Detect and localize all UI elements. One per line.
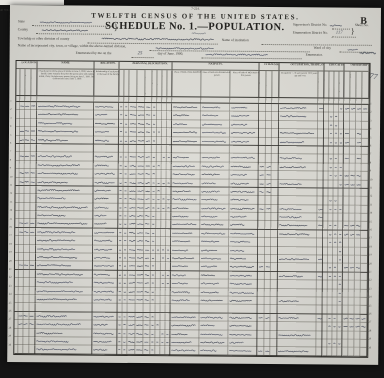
cell-birthplace_father	[200, 280, 229, 289]
handwriting-stroke	[125, 121, 128, 127]
handwriting-stroke	[231, 130, 256, 136]
col-header-label: Mother of how many children.	[162, 70, 163, 96]
handwriting-stroke	[129, 280, 135, 286]
handwriting-stroke	[328, 340, 331, 346]
handwriting-stroke	[267, 164, 271, 170]
handwriting-stroke	[230, 273, 253, 279]
cell-age	[144, 304, 151, 312]
handwriting-stroke	[130, 121, 136, 127]
handwriting-stroke	[37, 313, 68, 319]
cell-birthplace_mother	[229, 246, 258, 255]
handwriting-stroke	[260, 172, 265, 178]
handwriting-stroke	[167, 280, 170, 286]
cell-birthplace_father	[201, 112, 230, 121]
cell-birthplace_father	[199, 338, 228, 347]
cell-birthplace_mother	[230, 179, 259, 188]
handwriting-stroke	[94, 246, 114, 252]
cell-birthplace_mother	[229, 255, 258, 264]
column-number: 19	[279, 98, 318, 103]
cell-age	[145, 153, 152, 161]
handwriting-stroke	[30, 229, 35, 235]
handwriting-stroke	[231, 172, 248, 178]
group-header-label: CITIZENSHIP.	[264, 63, 274, 66]
handwriting-stroke	[172, 205, 189, 211]
handwriting-stroke	[146, 104, 150, 110]
handwriting-stroke	[37, 288, 84, 294]
handwriting-stroke	[339, 240, 342, 246]
handwriting-stroke	[280, 105, 307, 111]
handwriting-stroke	[128, 339, 134, 345]
cell-birthplace_father	[201, 179, 230, 188]
handwriting-stroke	[266, 206, 270, 212]
cell-naturalization	[272, 180, 279, 188]
handwriting-stroke	[119, 297, 122, 303]
line-number-left: 7	[10, 150, 11, 153]
cell-farm_schedule	[362, 147, 369, 155]
handwriting-stroke	[146, 129, 150, 135]
line-number-left: 29	[8, 335, 11, 338]
cell-dob_month	[128, 313, 136, 321]
handwriting-stroke	[259, 206, 264, 212]
handwriting-stroke	[202, 130, 227, 136]
cell-farm_schedule	[362, 113, 369, 121]
handwriting-stroke	[38, 128, 79, 134]
cell-occupation	[278, 238, 317, 247]
handwriting-stroke	[230, 314, 252, 320]
handwriting-stroke	[339, 299, 342, 305]
handwriting-stroke	[94, 280, 116, 286]
group-header-label: RELATION.	[101, 62, 113, 65]
handwriting-stroke	[145, 255, 149, 261]
handwriting-stroke	[153, 129, 156, 135]
cell-birthplace_father	[200, 296, 229, 305]
township-label: Township or other division of county	[18, 37, 70, 41]
cell-farm_schedule	[362, 189, 369, 197]
handwriting-stroke	[162, 280, 165, 286]
handwriting-stroke	[266, 315, 270, 321]
cell-relation	[94, 119, 119, 128]
line-number-left: 4	[10, 125, 11, 128]
handwriting-stroke	[137, 263, 143, 269]
handwriting-stroke	[129, 263, 135, 269]
cell-birthplace_person	[171, 212, 200, 221]
col-header-birthplace_mother: Place of birth of MOTHER of this person.	[230, 71, 259, 97]
cell-dob_year	[135, 338, 143, 346]
col-header-label: Months not employed.	[318, 75, 319, 98]
cell-birthplace_mother	[230, 154, 259, 163]
handwriting-stroke	[330, 122, 333, 128]
handwriting-stroke	[267, 172, 271, 178]
handwriting-stroke	[202, 105, 221, 111]
cell-occupation	[278, 272, 317, 281]
group-header-8: OWNERSHIP OF HOME.	[344, 64, 369, 72]
handwriting-stroke	[229, 323, 251, 329]
cell-birthplace_person	[171, 221, 200, 230]
line-number-right: 14	[369, 212, 372, 215]
line-number-left: 18	[9, 243, 12, 246]
handwriting-stroke	[329, 273, 332, 279]
cell-dob_month	[128, 212, 136, 220]
col-header-label: Naturalization.	[272, 82, 273, 97]
cell-birthplace_father	[201, 154, 230, 163]
handwriting-stroke	[152, 230, 155, 236]
handwriting-stroke	[167, 255, 170, 261]
cell-naturalization	[272, 154, 279, 162]
cell-birthplace_mother	[229, 313, 258, 322]
cell-birthplace_mother	[229, 263, 258, 272]
line-number-right: 8	[370, 162, 371, 165]
handwriting-stroke	[162, 205, 165, 211]
handwriting-stroke	[152, 247, 155, 253]
handwriting-stroke	[362, 316, 367, 322]
handwriting-stroke	[123, 339, 126, 345]
cell-naturalization	[271, 255, 278, 263]
handwriting-stroke	[201, 264, 217, 270]
cell-birthplace_person	[171, 263, 200, 272]
cell-immigration_year	[258, 196, 265, 204]
handwriting-stroke	[37, 212, 65, 218]
handwriting-stroke	[348, 47, 358, 53]
handwriting-stroke	[200, 339, 225, 345]
handwriting-stroke	[145, 280, 149, 286]
handwriting-stroke	[136, 331, 142, 337]
line-number-right: 2	[370, 111, 371, 114]
handwriting-stroke	[279, 206, 302, 212]
handwriting-stroke	[38, 187, 81, 193]
cell-birthplace_father	[201, 120, 230, 129]
col-header-label: Number of years married.	[157, 70, 158, 96]
handwriting-stroke	[119, 205, 122, 211]
cell-birthplace_mother	[229, 204, 258, 213]
handwriting-stroke	[151, 347, 154, 353]
cell-age	[144, 262, 151, 270]
cell-age	[145, 137, 152, 145]
handwriting-stroke	[30, 221, 35, 227]
cell-dob_year	[137, 170, 145, 178]
cell-age	[144, 204, 151, 212]
cell-age	[144, 313, 151, 321]
cell-birthplace_mother	[228, 339, 257, 348]
cell-occupation	[278, 289, 317, 298]
handwriting-stroke	[168, 180, 171, 186]
column-number: 13	[172, 97, 201, 102]
cell-birthplace_person	[172, 112, 201, 121]
handwriting-stroke	[30, 313, 35, 319]
cell-dob_month	[129, 178, 137, 186]
cell-immigration_year	[258, 221, 265, 229]
handwriting-stroke	[340, 173, 343, 179]
cell-birthplace_father	[200, 288, 229, 297]
cell-farm_schedule	[361, 222, 368, 230]
col-header-label: Place of birth of this PERSON.	[173, 71, 201, 74]
cell-birthplace_mother	[230, 104, 259, 113]
handwriting-stroke	[201, 230, 225, 236]
handwriting-stroke	[330, 164, 333, 170]
handwriting-stroke	[357, 106, 361, 112]
handwriting-stroke	[230, 197, 249, 203]
cell-immigration_year	[257, 339, 264, 347]
handwriting-stroke	[120, 112, 123, 118]
column-number: 4	[94, 97, 119, 102]
cell-dob_month	[127, 321, 135, 329]
handwriting-stroke	[201, 281, 220, 287]
cell-dob_year	[137, 128, 145, 136]
handwriting-stroke	[119, 263, 122, 269]
handwriting-stroke	[25, 179, 30, 185]
cell-birthplace_mother	[229, 288, 258, 297]
handwriting-stroke	[279, 298, 300, 304]
handwriting-stroke	[102, 36, 214, 43]
cell-age	[145, 111, 152, 119]
cell-relation	[93, 279, 118, 288]
handwriting-stroke	[152, 238, 155, 244]
handwriting-stroke	[145, 289, 149, 295]
handwriting-stroke	[152, 297, 155, 303]
cell-farm_schedule	[361, 315, 368, 323]
cell-farm_schedule	[361, 247, 368, 255]
handwriting-stroke	[329, 206, 332, 212]
handwriting-stroke	[37, 263, 72, 269]
handwriting-stroke	[335, 173, 338, 179]
cell-age	[143, 321, 150, 329]
col-header-dob_month: DATE OF BIRTH — Month.	[129, 70, 137, 96]
cell-birthplace_father	[201, 145, 230, 154]
handwriting-stroke	[231, 105, 248, 111]
cell-birthplace_mother	[230, 121, 259, 130]
handwriting-stroke	[230, 205, 254, 211]
handwriting-stroke	[136, 322, 142, 328]
handwriting-stroke	[351, 181, 355, 187]
handwriting-stroke	[157, 247, 160, 253]
handwriting-stroke	[162, 197, 165, 203]
handwriting-stroke	[119, 255, 122, 261]
cell-dob_month	[129, 187, 137, 195]
handwriting-stroke	[152, 314, 155, 320]
cell-relation	[94, 136, 119, 145]
handwriting-stroke	[171, 339, 192, 345]
handwriting-stroke	[146, 180, 150, 186]
handwriting-stroke	[42, 27, 88, 33]
handwriting-stroke	[152, 280, 155, 286]
cell-birthplace_person	[171, 279, 200, 288]
handwriting-stroke	[318, 315, 322, 321]
line-number-right: 30	[368, 346, 371, 349]
handwriting-stroke	[344, 265, 348, 271]
handwriting-stroke	[37, 271, 84, 277]
cell-relation	[93, 203, 118, 212]
handwriting-stroke	[363, 106, 368, 112]
col-header-label: House number.	[20, 80, 21, 95]
handwriting-stroke	[267, 181, 271, 187]
group-header-7: EDUCATION.	[324, 63, 344, 71]
handwriting-stroke	[201, 214, 218, 220]
cell-naturalization	[272, 146, 279, 154]
cell-birthplace_person	[172, 137, 201, 146]
cell-dob_year	[137, 120, 145, 128]
line-number-left: 24	[9, 293, 12, 296]
enumerated-middle: day of June, 1900,	[158, 52, 184, 56]
cell-occupation	[278, 205, 317, 214]
handwriting-stroke	[123, 330, 126, 336]
handwriting-stroke	[123, 322, 126, 328]
handwriting-stroke	[202, 172, 221, 178]
handwriting-stroke	[138, 121, 144, 127]
handwriting-stroke	[24, 313, 29, 319]
handwriting-stroke	[258, 348, 263, 354]
cell-dob_month	[128, 246, 136, 254]
cell-dob_month	[127, 329, 135, 337]
cell-birthplace_person	[171, 229, 200, 238]
handwriting-stroke	[145, 205, 149, 211]
handwriting-stroke	[173, 129, 198, 135]
handwriting-stroke	[152, 255, 155, 261]
handwriting-stroke	[119, 288, 122, 294]
handwriting-stroke	[137, 280, 143, 286]
handwriting-stroke	[278, 348, 310, 354]
cell-birthplace_mother	[229, 280, 258, 289]
handwriting-stroke	[340, 181, 343, 187]
handwriting-stroke	[335, 139, 338, 145]
cell-dob_year	[136, 262, 144, 270]
cell-birthplace_person	[172, 103, 201, 112]
cell-naturalization	[272, 188, 279, 196]
handwriting-stroke	[202, 121, 224, 127]
column-number: 8	[145, 97, 152, 102]
cell-dob_month	[127, 338, 135, 346]
handwriting-stroke	[344, 315, 348, 321]
handwriting-stroke	[37, 204, 89, 210]
handwriting-stroke	[38, 137, 69, 143]
handwriting-stroke	[20, 137, 24, 143]
line-number-left: 27	[9, 318, 12, 321]
handwriting-stroke	[120, 171, 123, 177]
handwriting-stroke	[334, 315, 337, 321]
cell-birthplace_mother	[230, 146, 259, 155]
cell-farm_schedule	[362, 155, 369, 163]
handwriting-stroke	[201, 205, 227, 211]
handwriting-stroke	[95, 162, 110, 168]
cell-birthplace_father	[200, 229, 229, 238]
handwriting-stroke	[345, 106, 349, 112]
handwriting-stroke	[129, 272, 135, 278]
handwriting-stroke	[153, 188, 156, 194]
handwriting-stroke	[167, 197, 170, 203]
handwriting-stroke	[356, 265, 360, 271]
handwriting-stroke	[279, 231, 310, 237]
cell-birthplace_mother	[229, 213, 258, 222]
line-number-right: 21	[369, 271, 372, 274]
line-number-left: 23	[9, 285, 12, 288]
cell-relation	[93, 296, 118, 305]
col-header-label: DATE OF BIRTH — Month.	[129, 70, 130, 96]
handwriting-stroke	[330, 139, 333, 145]
handwriting-stroke	[125, 129, 128, 135]
cell-occupation	[278, 213, 317, 222]
handwriting-stroke	[94, 313, 116, 319]
handwriting-stroke	[125, 171, 128, 177]
handwriting-stroke	[157, 196, 160, 202]
cell-relation	[92, 329, 117, 338]
handwriting-stroke	[20, 128, 24, 134]
handwriting-stroke	[200, 323, 216, 329]
group-header-0: LOCATION.	[16, 61, 37, 69]
handwriting-stroke	[231, 113, 249, 119]
cell-birthplace_father	[201, 129, 230, 138]
handwriting-stroke	[157, 205, 160, 211]
handwriting-stroke	[124, 247, 127, 253]
cell-farm_schedule	[360, 348, 367, 356]
cell-birthplace_mother	[230, 162, 259, 171]
line-number-right: 13	[369, 204, 372, 207]
handwriting-stroke	[95, 154, 115, 160]
handwriting-stroke	[95, 137, 110, 143]
handwriting-stroke	[37, 196, 66, 202]
cell-dob_month	[129, 128, 137, 136]
handwriting-stroke	[162, 247, 165, 253]
handwriting-stroke	[31, 128, 36, 134]
brace: }	[114, 22, 118, 32]
cell-dob_year	[136, 296, 144, 304]
cell-dob_year	[137, 111, 145, 119]
cell-farm_schedule	[362, 130, 369, 138]
handwriting-stroke	[231, 163, 252, 169]
cell-birthplace_mother	[229, 305, 258, 314]
handwriting-stroke	[279, 214, 301, 220]
handwriting-stroke	[129, 297, 135, 303]
col-header-label: Place of birth of FATHER of this person.	[202, 72, 230, 77]
cell-dob_year	[136, 254, 144, 262]
handwriting-stroke	[231, 138, 250, 144]
cell-occupation	[278, 297, 317, 306]
cell-immigration_year	[259, 154, 266, 162]
handwriting-stroke	[335, 114, 338, 120]
handwriting-stroke	[330, 156, 333, 162]
handwriting-stroke	[20, 153, 24, 159]
cell-occupation	[278, 196, 317, 205]
handwriting-stroke	[334, 240, 337, 246]
col-header-label: Number of years in the United States.	[266, 71, 267, 97]
col-header-dob_year: DATE OF BIRTH — Year.	[137, 70, 145, 96]
handwriting-stroke	[361, 324, 366, 330]
cell-relation	[94, 161, 119, 170]
handwriting-stroke	[129, 221, 135, 227]
cell-relation	[94, 178, 119, 187]
handwriting-stroke	[172, 239, 192, 245]
line-number-right: 23	[369, 288, 372, 291]
handwriting-stroke	[201, 256, 221, 262]
cell-immigration_year	[259, 146, 266, 154]
col-header-label: Occupation — of each person TEN years of…	[280, 72, 318, 77]
cell-relation	[93, 229, 118, 238]
handwriting-stroke	[129, 230, 135, 236]
handwriting-stroke	[171, 331, 188, 337]
cell-immigration_year	[258, 314, 265, 322]
cell-farm_schedule	[362, 180, 369, 188]
col-header-label: of each person whose place of abode on J…	[38, 70, 94, 81]
line-number-left: 10	[10, 176, 13, 179]
cell-relation	[93, 287, 118, 296]
cell-occupation	[278, 280, 317, 289]
handwriting-stroke	[137, 221, 143, 227]
cell-naturalization	[271, 205, 278, 213]
cell-birthplace_father	[200, 313, 229, 322]
handwriting-stroke	[360, 50, 376, 56]
handwriting-stroke	[146, 171, 150, 177]
handwriting-stroke	[344, 223, 348, 229]
cell-age	[145, 128, 152, 136]
handwriting-stroke	[93, 339, 112, 345]
group-header-label: NATIVITY.	[194, 62, 237, 65]
